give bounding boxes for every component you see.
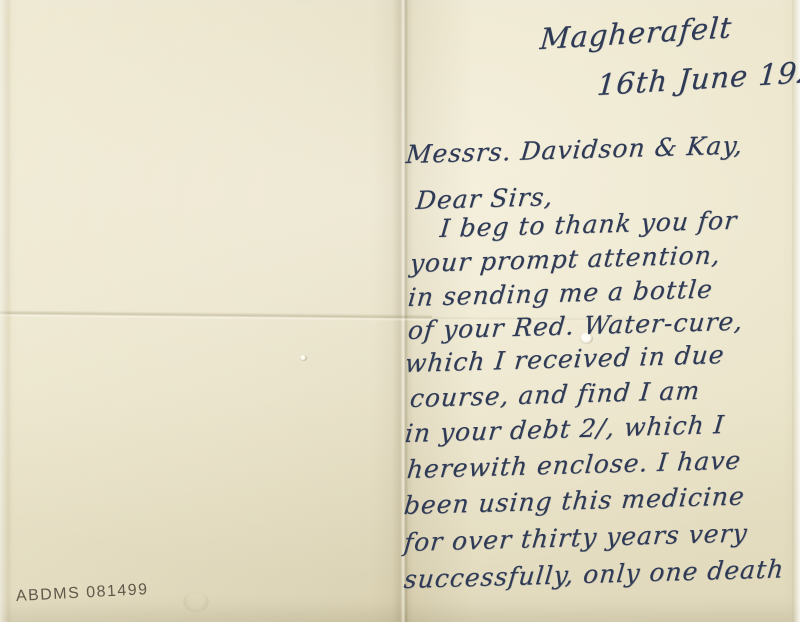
- paper-dimple-bottom: [183, 592, 209, 612]
- paper-hole-left-page: [300, 355, 307, 361]
- letter-scan: Magherafelt 16th June 1924, Messrs. Davi…: [0, 0, 800, 622]
- paper-edge-right: [792, 0, 800, 622]
- paper-edge-left: [0, 0, 12, 622]
- letter-line-greeting: Dear Sirs,: [415, 182, 555, 215]
